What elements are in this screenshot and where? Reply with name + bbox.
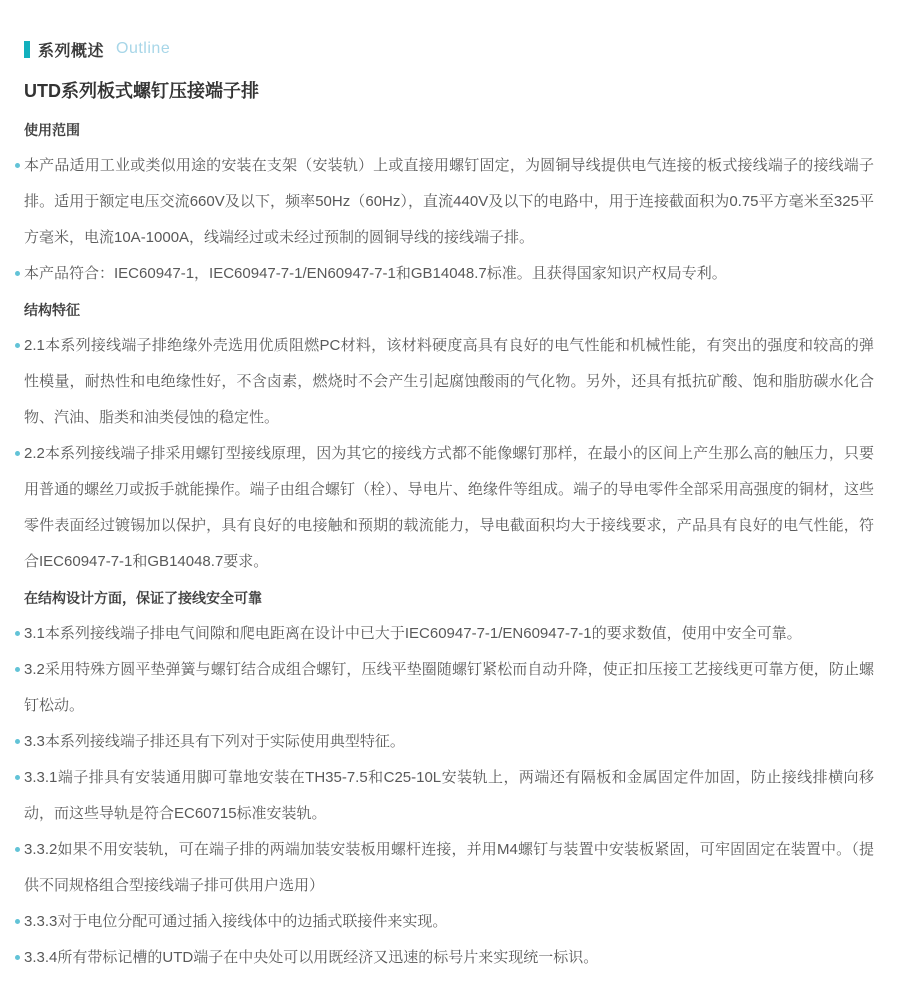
bullet-text: 本产品符合：IEC60947-1，IEC60947-7-1/EN60947-7-… [24,265,727,282]
accent-bar-icon [24,41,30,58]
bullet-text: 3.1本系列接线端子排电气间隙和爬电距离在设计中已大于IEC60947-7-1/… [24,625,802,642]
bullet-dot-icon [15,667,20,672]
sub-heading: 使用范围 [24,112,874,148]
bullet-dot-icon [15,631,20,636]
bullet-dot-icon [15,775,20,780]
bullet-item: 本产品适用工业或类似用途的安装在支架（安装轨）上或直接用螺钉固定，为圆铜导线提供… [24,148,874,256]
bullet-item: 3.3.1端子排具有安装通用脚可靠地安装在TH35-7.5和C25-10L安装轨… [24,760,874,832]
bullet-text: 2.2本系列接线端子排采用螺钉型接线原理，因为其它的接线方式都不能像螺钉那样，在… [24,445,874,570]
bullet-dot-icon [15,955,20,960]
bullet-text: 3.3.2如果不用安装轨，可在端子排的两端加装安装板用螺杆连接，并用M4螺钉与装… [24,841,874,894]
bullet-dot-icon [15,343,20,348]
document-page: 系列概述 Outline UTD系列板式螺钉压接端子排 使用范围本产品适用工业或… [0,0,900,996]
bullet-text: 3.3.3对于电位分配可通过插入接线体中的边插式联接件来实现。 [24,913,447,930]
bullet-item: 本产品符合：IEC60947-1，IEC60947-7-1/EN60947-7-… [24,256,874,292]
sub-heading: 在结构设计方面，保证了接线安全可靠 [24,580,874,616]
bullet-item: 3.3.3对于电位分配可通过插入接线体中的边插式联接件来实现。 [24,904,874,940]
content-sections: 使用范围本产品适用工业或类似用途的安装在支架（安装轨）上或直接用螺钉固定，为圆铜… [24,112,874,976]
section-title-zh: 系列概述 [38,38,104,61]
bullet-text: 本产品适用工业或类似用途的安装在支架（安装轨）上或直接用螺钉固定，为圆铜导线提供… [24,157,874,246]
bullet-item: 2.1本系列接线端子排绝缘外壳选用优质阻燃PC材料，该材料硬度高具有良好的电气性… [24,328,874,436]
bullet-text: 3.3.1端子排具有安装通用脚可靠地安装在TH35-7.5和C25-10L安装轨… [24,769,874,822]
section-title-en: Outline [116,40,170,58]
bullet-dot-icon [15,451,20,456]
bullet-dot-icon [15,739,20,744]
bullet-item: 3.2采用特殊方圆平垫弹簧与螺钉结合成组合螺钉，压线平垫圈随螺钉紧松而自动升降，… [24,652,874,724]
bullet-item: 3.1本系列接线端子排电气间隙和爬电距离在设计中已大于IEC60947-7-1/… [24,616,874,652]
product-title: UTD系列板式螺钉压接端子排 [24,78,874,104]
bullet-text: 3.2采用特殊方圆平垫弹簧与螺钉结合成组合螺钉，压线平垫圈随螺钉紧松而自动升降，… [24,661,874,714]
bullet-text: 3.3本系列接线端子排还具有下列对于实际使用典型特征。 [24,733,405,750]
sub-heading: 结构特征 [24,292,874,328]
bullet-dot-icon [15,271,20,276]
bullet-text: 3.3.4所有带标记槽的UTD端子在中央处可以用既经济又迅速的标号片来实现统一标… [24,949,598,966]
bullet-dot-icon [15,163,20,168]
section-header: 系列概述 Outline [24,38,874,60]
bullet-text: 2.1本系列接线端子排绝缘外壳选用优质阻燃PC材料，该材料硬度高具有良好的电气性… [24,337,874,426]
bullet-item: 3.3.2如果不用安装轨，可在端子排的两端加装安装板用螺杆连接，并用M4螺钉与装… [24,832,874,904]
bullet-dot-icon [15,847,20,852]
bullet-dot-icon [15,919,20,924]
bullet-item: 3.3本系列接线端子排还具有下列对于实际使用典型特征。 [24,724,874,760]
bullet-item: 3.3.4所有带标记槽的UTD端子在中央处可以用既经济又迅速的标号片来实现统一标… [24,940,874,976]
bullet-item: 2.2本系列接线端子排采用螺钉型接线原理，因为其它的接线方式都不能像螺钉那样，在… [24,436,874,580]
